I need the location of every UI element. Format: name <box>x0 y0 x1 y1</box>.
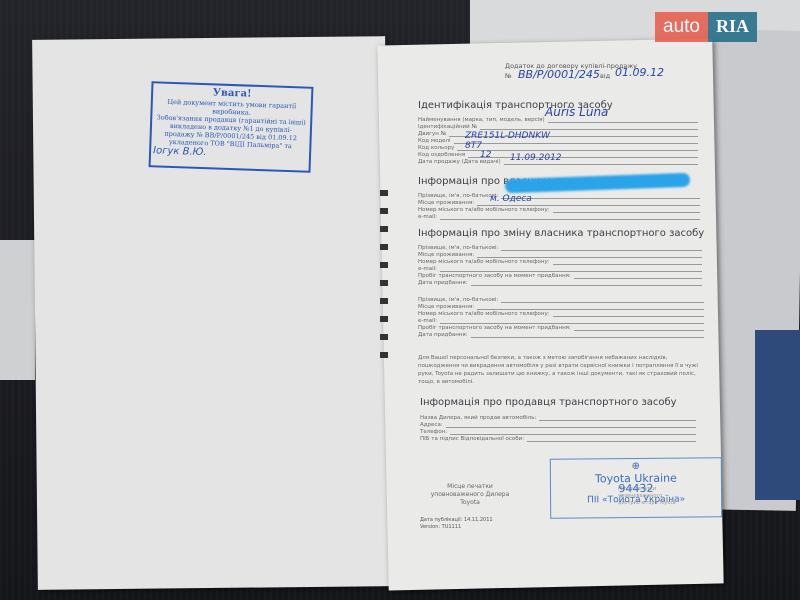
watermark-auto: auto <box>655 12 708 42</box>
addendum-date: 01.09.12 <box>615 66 664 79</box>
field: Прізвище, ім'я, по-батькові: <box>418 296 704 303</box>
stamp-place-label: Місце печатки уповноваженого Дилера Toyo… <box>425 483 515 507</box>
seller-section-title: Інформація про продавця транспортного за… <box>420 397 677 408</box>
owner-change-title: Інформація про зміну власника транспортн… <box>418 228 704 239</box>
field-owner-phone: Номер міського та/або мобільного телефон… <box>418 206 700 213</box>
field-dealer-phone: Телефон: <box>420 428 696 435</box>
field-dealer-address: Адреса: <box>420 421 696 428</box>
sale-date-value: 11.09.2012 <box>510 153 562 163</box>
model-code-value: ZRE151L-DHDNKW <box>465 131 550 141</box>
seller-fields: Назва Дилера, який продав автомобіль: Ад… <box>420 414 696 442</box>
owner-change-block-2: Прізвище, ім'я, по-батькові: Місце прожи… <box>418 296 704 338</box>
field: Пробіг транспортного засобу на момент пр… <box>418 272 702 279</box>
autoria-watermark: auto RIA <box>655 12 757 42</box>
field: e-mail: <box>418 317 704 324</box>
owner-change-block-1: Прізвище, ім'я, по-батькові: Місце прожи… <box>418 244 702 286</box>
field-owner-email: e-mail: <box>418 213 700 220</box>
addendum-number: ВВ/Р/0001/245 <box>518 68 600 81</box>
field-dealer-responsible: ПІБ та підпис Відповідальної особи: <box>420 435 696 442</box>
field: Місце проживання: <box>418 303 704 310</box>
owner-address-value: м. Одеса <box>490 194 532 204</box>
field: Дата придбання: <box>418 331 704 338</box>
field: Прізвище, ім'я, по-батькові: <box>418 244 702 251</box>
field-engine: Двигун № <box>418 130 698 137</box>
watermark-ria: RIA <box>708 12 757 42</box>
trim-code-value: 12 <box>480 150 491 160</box>
stamp-place-right: Місце печатки уповноваженого дистриб'юто… <box>618 486 688 507</box>
field: Дата придбання: <box>418 279 702 286</box>
field-color-code: Код кольору <box>418 144 698 151</box>
field-owner-name: Прізвище, ім'я, по-батькові: <box>418 192 700 199</box>
field: Місце проживання: <box>418 251 702 258</box>
safety-note: Для Вашої персональної безпеки, а також … <box>418 354 698 386</box>
field-owner-address: Місце проживання: <box>418 199 700 206</box>
background-strip <box>0 240 35 380</box>
addendum-date-label: від <box>600 72 610 80</box>
warranty-stamp: Увага! Цей документ містить умови гарант… <box>149 81 314 173</box>
booklet-spine <box>380 190 388 370</box>
model-value: Auris Luna <box>545 105 608 119</box>
background-card <box>755 330 800 500</box>
addendum-number-label: № <box>505 72 512 80</box>
field: Номер міського та/або мобільного телефон… <box>418 258 702 265</box>
field: e-mail: <box>418 265 702 272</box>
field-dealer-name: Назва Дилера, який продав автомобіль: <box>420 414 696 421</box>
field-id: Ідентифікаційний № <box>418 123 698 130</box>
owner-fields: Прізвище, ім'я, по-батькові: Місце прожи… <box>418 192 700 220</box>
field-model-code: Код моделі <box>418 137 698 144</box>
publication-date: Дата публікації: 14.11.2011 <box>420 517 493 523</box>
field: Номер міського та/або мобільного телефон… <box>418 310 704 317</box>
version: Version: TU1111 <box>420 524 461 530</box>
field: Пробіг транспортного засобу на момент пр… <box>418 324 704 331</box>
